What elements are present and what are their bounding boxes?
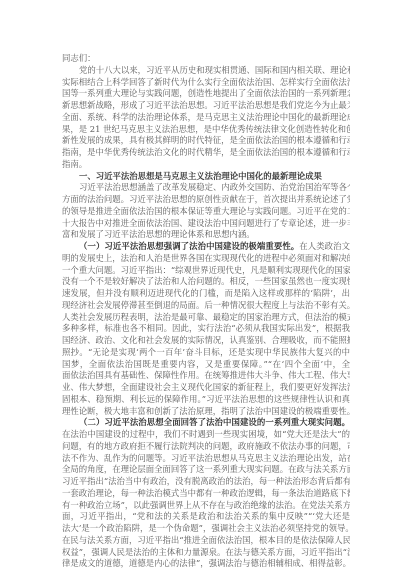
paragraph-line: 全局的角度，在理论层面全面回答了这一系列重大现实问题。在政与法关系方面，: [62, 464, 350, 476]
paragraph-line: 在民与法关系方面，习近平指出“推进全面依法治国，根本目的是依法保障人民: [62, 535, 350, 547]
document-page: 同志们： 党的十八大以来，习近平从历史和现实相贯通、国际和国内相关联、理论和 实…: [62, 53, 350, 570]
paragraph-line: 新思想新战略，形成了习近平法治思想。习近平法治思想是我们党迄今为止最为: [62, 100, 350, 112]
paragraph-line: 全面、系统、科学的法治理论体系，是马克思主义法治理论中国化的最新理论成: [62, 112, 350, 124]
paragraph-line: 在法治中国建设的过程中，我们不时遇到一些现实困境，如“党大还是法大”的: [62, 429, 350, 441]
paragraph-line: 习近平指出“法治当中有政治，没有脱离政治的法治，每一种法治形态背后都有: [62, 476, 350, 488]
subsection-heading-1: （一）习近平法治思想强调了法治中国建设的极端重要性。: [79, 241, 299, 251]
intro-paragraph: 党的十八大以来，习近平从历史和现实相贯通、国际和国内相关联、理论和 实际相结合上…: [62, 65, 350, 171]
paragraph-line: 明的发展史上，法治和人治是世界各国在实现现代化的进程中必须面对和解决的: [62, 253, 350, 265]
paragraph-line: 一个重大问题。习近平指出：“综观世界近现代史，凡是顺利实现现代化的国家，: [62, 265, 350, 277]
subsection-2-paragraph: （二）习近平法治思想全面回答了法治中国建设的一系列重大现实问题。 在法治中国建设…: [62, 417, 350, 570]
paragraph-line: 指南，是中华优秀传统法治文化的时代精华，是全面依法治国的根本遵循和行动: [62, 147, 350, 159]
paragraph-line: 实际相结合上科学回答了新时代为什么实行全面依法治国、怎样实行全面依法治: [62, 77, 350, 89]
paragraph-line: 方面的法治问题。习近平法治思想的原创性贡献在于，首次提出并系统论述了党: [62, 194, 350, 206]
paragraph-line: 现经济社会发展停滞甚至倒退的局面。后一种情况很大程度上与法治不彰有关。”: [62, 300, 350, 312]
paragraph-line: 业、伟大梦想，全面建设社会主义现代化国家的新征程上，我们要更好发挥法治: [62, 382, 350, 394]
paragraph-line: 面依法治国具有基础性、保障性作用。在统筹推进伟大斗争、伟大工程、伟大事: [62, 370, 350, 382]
paragraph-line: 国等一系列重大理论与实践问题，创造性地提出了全面依法治国的一系列新理念: [62, 88, 350, 100]
paragraph-line: 律是成文的道德，道德是内心的法律”，强调法治与德治相辅相成、相得益彰。: [62, 558, 350, 570]
paragraph-line: 速发展，但并没有顺利迈进现代化的门槛，而是陷入这样或那样的‘陷阱’，出: [62, 288, 350, 300]
paragraph-line: 权益”，强调人民是法治的主体和力量源泉。在法与德关系方面，习近平指出“法: [62, 547, 350, 559]
section-1-paragraph: 习近平法治思想涵盖了改革发展稳定、内政外交国防、治党治国治军等各个 方面的法治问…: [62, 182, 350, 241]
subsection-heading-tail: 在人类政治文: [299, 241, 350, 251]
paragraph-line: 习近平法治思想涵盖了改革发展稳定、内政外交国防、治党治国治军等各个: [62, 182, 350, 194]
paragraph-line: 富和发展了习近平法治思想的理论体系和思想内涵。: [62, 229, 350, 241]
paragraph-line: 照抄。“无论是实现‘两个一百年’奋斗目标，还是实现中华民族伟大复兴的中: [62, 347, 350, 359]
paragraph-line: 十大报告中对推进全面依法治国、建设法治中国问题进行了专章论述，进一步丰: [62, 218, 350, 230]
paragraph-line: 固根本、稳预期、利长远的保障作用。”习近平法治思想的这些规律性认识和真: [62, 394, 350, 406]
paragraph-line: 党的十八大以来，习近平从历史和现实相贯通、国际和国内相关联、理论和: [62, 65, 350, 77]
paragraph-line: 理性论断，极大地丰富和创新了法治原理，指明了法治中国建设的极端重要性。: [62, 406, 350, 418]
subsection-1-paragraph: （一）习近平法治思想强调了法治中国建设的极端重要性。在人类政治文 明的发展史上，…: [62, 241, 350, 417]
paragraph-line: 的领导是推进全面依法治国的根本保证等重大理论与实践问题。习近平在党的二: [62, 206, 350, 218]
paragraph-line: 面，习近平指出，“党和法的关系是政治和法治关系的集中反映”“‘党大还是: [62, 511, 350, 523]
paragraph-line: 国梦，全面依法治国既是重要内容，又是重要保障。”“在‘四个全面’中，全: [62, 359, 350, 371]
paragraph-line: 法大’是一个政治陷阱，是一个伪命题”，强调社会主义法治必须坚持党的领导。: [62, 523, 350, 535]
paragraph-line: 指南。: [62, 159, 350, 171]
paragraph-line: 有一种政治立场”，以此强调世界上从不存在与政治绝缘的法治。在党法关系方: [62, 500, 350, 512]
paragraph-line: 国经济、政治、文化和社会发展的实际情况，认真鉴别、合理吸收，而不能照搬: [62, 335, 350, 347]
paragraph-line: 果，是 21 世纪马克思主义法治思想，是中华优秀传统法律文化创造性转化和创: [62, 124, 350, 136]
paragraph-line: 新性发展的成果，具有极其鲜明的时代特征，是全面依法治国的根本遵循和行动: [62, 135, 350, 147]
paragraph-line: 问题，有的地方政府拒不履行法院判决的问题，政府施政不依法办事的问题，司: [62, 441, 350, 453]
paragraph-line: 没有一个不是较好解决了法治和人治问题的。相反，一些国家虽然也一度实现快: [62, 276, 350, 288]
paragraph-line: 多种多样，标准也各不相同。因此，实行法治“必须从我国实际出发”，根据我: [62, 323, 350, 335]
salutation: 同志们：: [62, 53, 350, 65]
subsection-heading-line: （一）习近平法治思想强调了法治中国建设的极端重要性。在人类政治文: [62, 241, 350, 253]
subsection-heading-2: （二）习近平法治思想全面回答了法治中国建设的一系列重大现实问题。: [62, 417, 350, 429]
paragraph-line: 一套政治理论，每一种法治模式当中都有一种政治逻辑，每一条法治道路底下都: [62, 488, 350, 500]
paragraph-line: 法不作为、乱作为的问题等。习近平法治思想从马克思主义法治理论出发，站在: [62, 453, 350, 465]
section-heading-1: 一、习近平法治思想是马克思主义法治理论中国化的最新理论成果: [62, 171, 350, 183]
paragraph-line: 人类社会发展历程表明，法治是最可靠、最稳定的国家治理方式，但法治的模式: [62, 312, 350, 324]
